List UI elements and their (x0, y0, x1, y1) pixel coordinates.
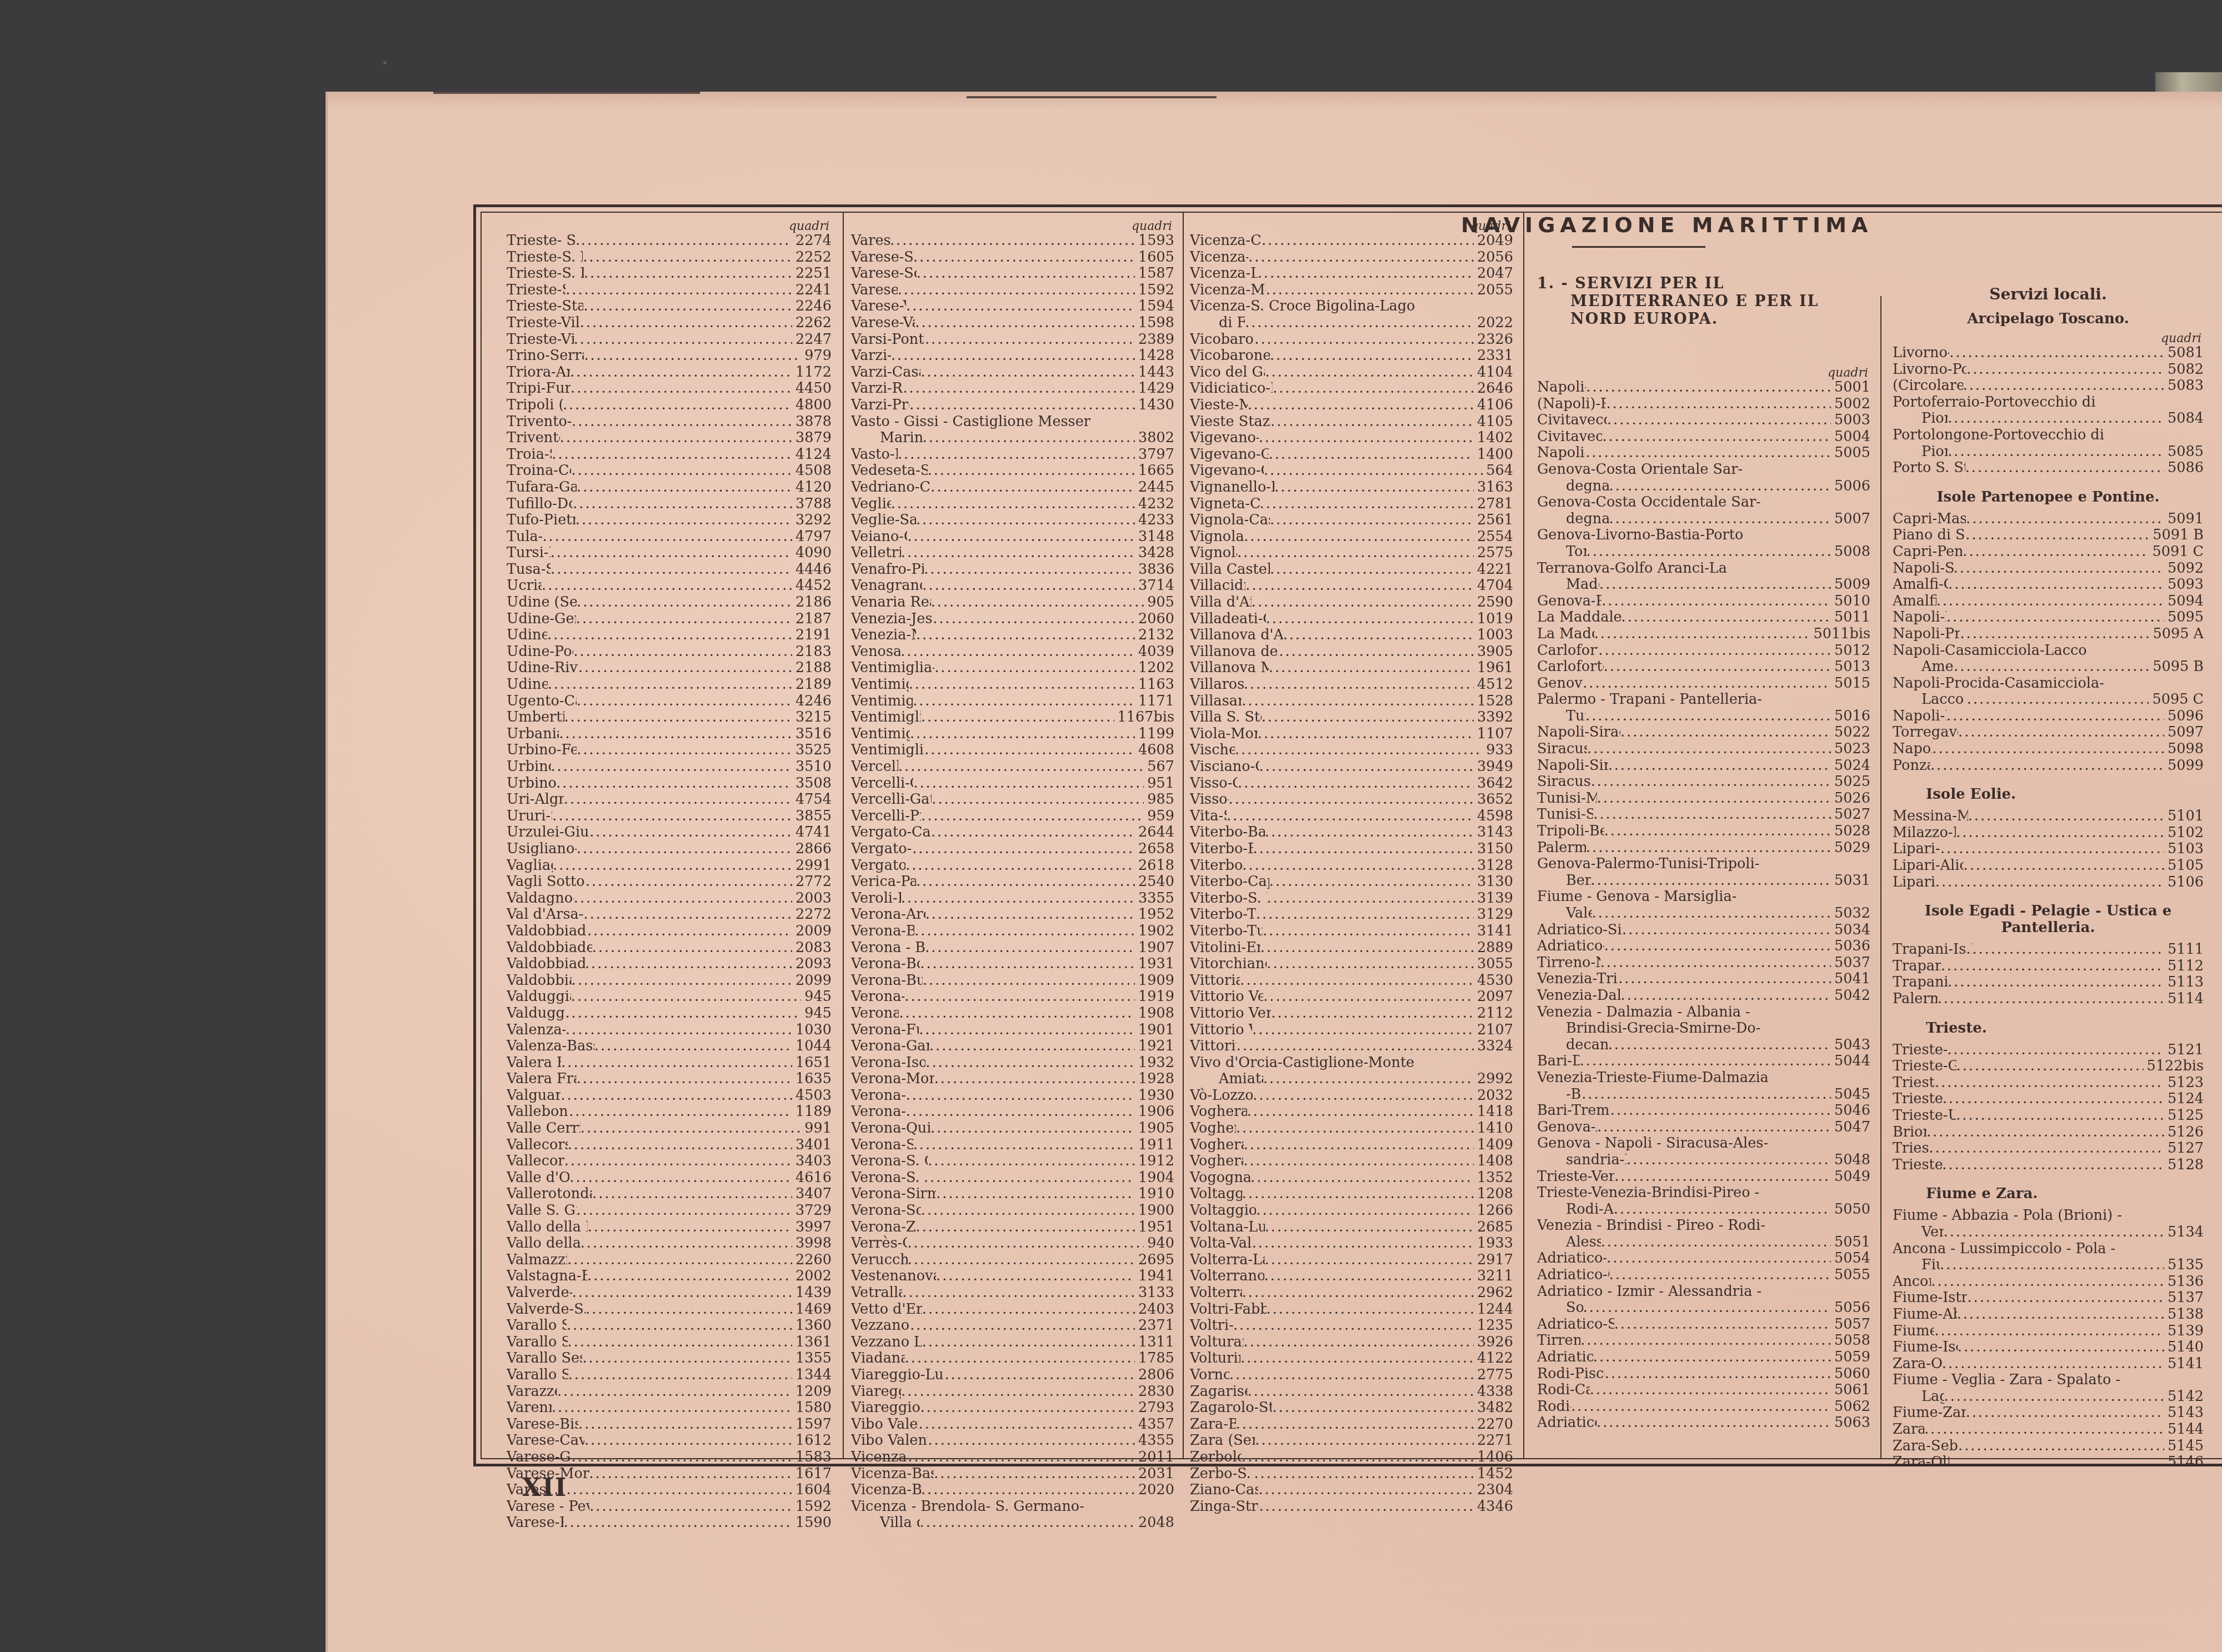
table-number: 4452 (792, 578, 832, 594)
dot-leader (577, 1203, 793, 1219)
list-item: Volterrano-Città di Castello3211 (1190, 1268, 1513, 1285)
table-number: 959 (1144, 808, 1174, 825)
top-rule (967, 96, 1217, 98)
route-name: Vieste Staz.-Peschici-Caianella (1190, 414, 1270, 430)
table-number: 3292 (792, 512, 832, 529)
list-item: Venezia-Mestre-Scorzè2132 (851, 627, 1174, 644)
list-item: Lipari-Stromboli5103 (1893, 841, 2204, 858)
dot-leader (572, 414, 792, 430)
list-item: Fiume-Istria-Trieste-Ravenna5137 (1893, 1290, 2204, 1306)
table-number: 5121 (2164, 1042, 2204, 1059)
route-name: Zara-Pago (1893, 1421, 1924, 1438)
table-number: 1635 (792, 1071, 832, 1088)
route-name: Villacidro-Oristano (1190, 578, 1245, 594)
table-number: 2188 (792, 660, 832, 677)
dot-leader (583, 249, 792, 266)
route-name: Genova-Tunisi (1537, 675, 1583, 692)
dot-leader (1269, 874, 1474, 890)
route-name: Zinga-Strongoli Stazione (1190, 1499, 1259, 1515)
table-number: 2962 (1474, 1285, 1513, 1301)
dot-leader (1583, 1300, 1831, 1316)
dot-leader (1240, 1350, 1474, 1367)
table-number: 4106 (1474, 397, 1513, 414)
dot-leader (1966, 362, 2164, 378)
dot-leader (1609, 1267, 1831, 1284)
list-item: Urbino-Rimini3510 (507, 759, 832, 775)
list-item: Veroli-Frosinone3355 (851, 890, 1174, 907)
table-number: 945 (801, 1005, 832, 1022)
route-name: Trivento-Montefalcone (507, 414, 572, 430)
dot-leader (925, 907, 1135, 923)
table-number: 5034 (1831, 922, 1870, 939)
list-item: Vieste Staz.-Peschici-Caianella4105 (1190, 414, 1513, 430)
route-name: Viareggio-Torre del Lago (851, 1400, 920, 1416)
table-number: 5057 (1831, 1316, 1870, 1333)
table-number: 1163 (1135, 677, 1174, 693)
route-name: Villa del Ferro (851, 1515, 920, 1531)
dot-leader (1245, 315, 1474, 332)
dot-leader (924, 742, 1135, 759)
dot-leader (1614, 1202, 1831, 1218)
table-number: 1428 (1135, 348, 1174, 364)
list-item: Valle Cerrina-Crescentino991 (507, 1120, 832, 1137)
dot-leader (1960, 626, 2149, 643)
page-title: NAVIGAZIONE MARITTIMA (1461, 213, 1873, 237)
dot-leader (1618, 971, 1831, 988)
route-name: Valdobbiadene-Alano-Stazione (507, 923, 587, 940)
table-number: 2247 (792, 332, 832, 348)
table-number: 1909 (1135, 973, 1174, 989)
dot-leader (1940, 1257, 2164, 1274)
dot-leader (1954, 560, 2165, 577)
dot-leader (1586, 840, 1831, 857)
table-number: 5056 (1831, 1300, 1870, 1316)
route-name: Vedriano-Ciano d'Enza-S. Polo (851, 479, 930, 496)
table-number: 2271 (1474, 1433, 1513, 1449)
route-name: Valstagna-Bassano del Grappa (507, 1268, 587, 1285)
dot-leader (571, 463, 792, 479)
route-name: Verona-Montorio-Velo Veronese. (851, 1071, 934, 1088)
list-item: Varzi-Pregola-Brallo1430 (851, 397, 1174, 414)
list-item: Vercelli-Gattinara-Borgosesia985 (851, 792, 1174, 808)
list-item: Fiume-Cherso5139 (1893, 1323, 2204, 1340)
table-number: 2093 (792, 956, 832, 973)
list-item: Vetralla-Stazione3133 (851, 1285, 1174, 1301)
list-item: Zara-Pago5144 (1893, 1421, 2204, 1438)
route-name: Adriatico-Cipro-Palestina (1537, 1267, 1609, 1284)
dot-leader (1958, 1438, 2164, 1455)
table-number: 1919 (1135, 989, 1174, 1005)
route-name: Napoli-Casamicciola-Lacco (1893, 643, 2087, 659)
table-number: 3729 (792, 1203, 832, 1219)
dot-leader (1594, 626, 1810, 643)
table-number: 1355 (792, 1350, 832, 1367)
table-number: 1921 (1135, 1038, 1174, 1055)
route-name: Napoli-Siracusa-Tripoli 5021 e (1537, 724, 1620, 741)
dot-leader (910, 726, 1135, 743)
table-number: 979 (801, 348, 832, 364)
table-number: 2032 (1474, 1088, 1513, 1104)
table-number: 4616 (792, 1170, 832, 1187)
dot-leader (589, 1466, 793, 1483)
route-name: Vallerotonda-S. Elia Fiumerapido (507, 1186, 592, 1203)
dot-leader (919, 1022, 1135, 1039)
route-name: Trieste-Venezia-Brindisi-Pireo - (1537, 1185, 1759, 1202)
list-item: Vigevano-Gravellona-Mortara1400 (1190, 447, 1513, 463)
table-number: 2262 (792, 315, 832, 332)
list-item: Varallo Sesia-Fobello1361 (507, 1334, 832, 1351)
route-name: Valdobbiadene-Montebelluna (507, 956, 585, 973)
list-item: Viterbo-Canepina3128 (1190, 858, 1513, 874)
route-name: Adriatico-Danubio (1537, 1349, 1593, 1366)
list-item: Verona-Povegliano1906 (851, 1104, 1174, 1120)
list-item: Palermo - Trapani - Pantelleria- (1537, 692, 1870, 708)
list-item: Napoli-Ponza5098 (1893, 741, 2204, 758)
dot-leader (1956, 825, 2164, 842)
list-item: Vezzano Ligure-La Spezia1311 (851, 1334, 1174, 1351)
route-name: Vallo della Luc.-Castelnuovo V. (507, 1219, 588, 1236)
list-item: Vicenza-S. Croce Bigolina-Lago (1190, 298, 1513, 315)
dot-leader (901, 545, 1135, 562)
table-number: 3788 (792, 496, 832, 513)
route-name: Trieste- S. Antonio in Selva (507, 233, 581, 249)
list-item: Adriatico-Soria-Alessandria5057 (1537, 1316, 1870, 1333)
dot-leader (1252, 594, 1474, 611)
list-item: Vallo della Luc.-Castelnuovo V.3997 (507, 1219, 832, 1236)
table-number: 2781 (1474, 496, 1513, 513)
route-name: Vò-Lozzo Atesino-Este (1190, 1088, 1253, 1104)
route-name: Voltana-Lugo-S. Bernardino (1190, 1219, 1265, 1236)
table-number: 5114 (2164, 991, 2204, 1008)
route-name: Lagosta (1893, 1389, 1944, 1405)
list-item: Veglie-Lecce4232 (851, 496, 1174, 513)
route-name: Fiume - Abbazia - Pola (Brioni) - (1893, 1208, 2122, 1224)
route-name: Piombino (1893, 411, 1948, 427)
list-item: Vercelli-Cascine Stra951 (851, 775, 1174, 792)
list-item: Trieste-Portorose5124 (1893, 1091, 2204, 1108)
table-number: 5095 B (2149, 659, 2204, 675)
dot-leader (1593, 807, 1831, 823)
route-name: Valguarnera-Enna (507, 1088, 560, 1104)
table-number: 1930 (1135, 1088, 1174, 1104)
dot-leader (1263, 923, 1474, 940)
list-item: Villadeati-Castell'Alfero-Asti1019 (1190, 611, 1513, 628)
table-number: 1580 (792, 1400, 832, 1416)
route-name: Troia-Stazione (507, 447, 552, 463)
dot-leader (891, 496, 1135, 513)
table-number: 1587 (1135, 266, 1174, 282)
dot-leader (916, 1219, 1135, 1236)
table-number: 1592 (792, 1499, 832, 1515)
route-name: Genova-Livorno-Bastia-Porto (1537, 527, 1743, 544)
dot-leader (1267, 1301, 1474, 1318)
list-item: di Fimon2022 (1190, 315, 1513, 332)
route-name: Venezia-Jesolo-S. Donà di Piave (851, 611, 933, 628)
route-name: Valera Fratta-Melegnano (507, 1071, 577, 1088)
route-name: Urbino-Stazione (507, 775, 556, 792)
route-name: Vigevano-Ottobiano-Mede (1190, 463, 1264, 479)
table-number: 2191 (792, 627, 832, 644)
table-number: 3836 (1135, 562, 1174, 578)
table-number: 4090 (792, 545, 832, 562)
route-name: Venezia (1893, 1224, 1944, 1241)
route-name: Tufara-Gambatesa-Motta (507, 479, 577, 496)
dot-leader (1274, 479, 1474, 496)
list-item: Piombino5085 (1893, 444, 2204, 460)
list-item: Varese-Rasa1593 (851, 233, 1174, 249)
table-number: 5127 (2164, 1140, 2204, 1157)
route-name: Ventimiglia-Bordighera-S. Remo (851, 660, 934, 677)
route-name: Napoli-Procida-Casamicciola- (1893, 675, 2104, 692)
list-item: Genova-Costa Occidentale Sar- (1537, 494, 1870, 511)
dot-leader (920, 956, 1135, 973)
table-number: 5015 (1831, 675, 1870, 692)
route-name: Verrès-Champoluc (851, 1235, 907, 1252)
dot-leader (1943, 1091, 2164, 1108)
list-item: Bengasi5031 (1537, 873, 1870, 889)
route-name: Valdobbiadene-CisondiValmarino (507, 940, 592, 957)
list-item: Verica-Pavullo-Modena2540 (851, 874, 1174, 890)
dot-leader (588, 1219, 792, 1236)
table-number: 5142 (2164, 1389, 2204, 1405)
dot-leader (1258, 726, 1474, 743)
dot-leader (1956, 1058, 2144, 1075)
table-number: 4039 (1135, 644, 1174, 660)
dot-leader (592, 940, 792, 957)
list-item: Valduggia-Stazione945 (507, 1005, 832, 1022)
route-name: Vicenza-S. Croce Bigolina-Lago (1190, 298, 1415, 315)
dot-leader (1614, 1169, 1831, 1185)
route-name: Fiume-Cherso (1893, 1323, 1934, 1340)
dot-leader (584, 348, 801, 364)
route-name: Varese-Ponte Tresa (507, 1515, 564, 1531)
table-number: 1311 (1135, 1334, 1174, 1351)
dot-leader (551, 759, 793, 775)
table-number: 2830 (1135, 1384, 1174, 1400)
dot-leader (1265, 364, 1474, 381)
list-item: Torres5008 (1537, 544, 1870, 560)
table-number: 5126 (2164, 1124, 2204, 1141)
dot-leader (1267, 890, 1474, 907)
group-heading: Fiume e Zara. (1893, 1185, 2204, 1202)
table-number: 2099 (792, 973, 832, 989)
table-number: 3130 (1474, 874, 1513, 890)
list-item: Viola-Mombasiglio-Ceva1107 (1190, 726, 1513, 743)
dot-leader (1237, 1038, 1474, 1055)
table-number: 4120 (792, 479, 832, 496)
table-number: 1344 (792, 1367, 832, 1384)
table-number: 3926 (1474, 1334, 1513, 1351)
route-name: Vezzano Ligure-La Spezia (851, 1334, 922, 1351)
dot-leader (1585, 708, 1831, 725)
list-item: Zara (Servizio Urbano)2271 (1190, 1433, 1513, 1449)
list-item: Napoli-Sorrento-Capri5092 (1893, 560, 2204, 577)
dot-leader (925, 1055, 1135, 1072)
table-number: 1528 (1474, 693, 1513, 710)
list-item: Verona-Sorgà-Bonferraro1900 (851, 1203, 1174, 1219)
list-item: Varsi-Ponte Fornovo-Parma2389 (851, 332, 1174, 348)
table-number: 5062 (1831, 1399, 1870, 1415)
table-number: 5095 C (2149, 692, 2204, 708)
dot-leader (934, 660, 1135, 677)
route-name: Volterrano-Città di Castello (1190, 1268, 1264, 1285)
route-name: Varese-Sesto Calende (851, 249, 913, 266)
printed-page: quadri Trieste- S. Antonio in Selva2274T… (328, 92, 2222, 1652)
dot-leader (1965, 460, 2164, 477)
route-name: Rodi-Caso (1537, 1399, 1571, 1415)
dot-leader (577, 841, 792, 858)
route-name: Visso-Camerino (1190, 775, 1238, 792)
route-name: Varese-Rasa (851, 233, 890, 249)
dot-leader (578, 660, 792, 677)
list-item: Vasto - Gissi - Castiglione Messer (851, 414, 1174, 430)
list-item: Voltaggio-Busalla1208 (1190, 1186, 1513, 1203)
route-name: Vigneta-Casola-Fivizzano (1190, 496, 1260, 513)
dot-leader (585, 956, 792, 973)
dot-leader (1620, 724, 1831, 741)
list-item: Portoferraio-Portovecchio di (1893, 394, 2204, 411)
dot-leader (1949, 345, 2164, 362)
route-name: Tripoli-Bengasi-Tobruk (1537, 823, 1604, 840)
dot-leader (552, 1400, 792, 1416)
list-item: Venagrande-Ascoli Piceno3714 (851, 578, 1174, 594)
route-name: Varallo Sesia-Fobello (507, 1334, 568, 1351)
dot-leader (1580, 1333, 1831, 1349)
route-name: Venagrande-Ascoli Piceno (851, 578, 922, 594)
dot-leader (574, 890, 792, 907)
table-number: 3150 (1474, 841, 1513, 858)
dot-leader (923, 973, 1135, 989)
route-name: Torregaveta-Ischia-Forio (1893, 724, 1958, 741)
dot-leader (921, 1203, 1135, 1219)
list-item: Urzulei-Giustizieri (Cantoniera)4741 (507, 824, 832, 841)
dot-leader (1608, 1037, 1831, 1054)
dot-leader (594, 1038, 792, 1055)
list-item: Venaria Reale-Cafasse-Lanzo905 (851, 594, 1174, 611)
dot-leader (1590, 1382, 1831, 1399)
list-item: Carloforte-Calasetta5012 (1537, 643, 1870, 659)
route-name: Verona-Casaleone (851, 989, 904, 1005)
route-name: Urbino-Fermignano-Fano (507, 742, 577, 759)
table-number: 1406 (1474, 1449, 1513, 1466)
dot-leader (1270, 512, 1474, 529)
route-name: Marino-Agnone (851, 430, 923, 447)
route-name: Viterbo-Canepina (1190, 858, 1242, 874)
dot-leader (572, 1449, 793, 1466)
list-item: Vagliagli-Siena2991 (507, 858, 832, 874)
route-name: Varallo Sesia-Rimella (507, 1367, 568, 1384)
route-name: Voltaggio-Busalla (1190, 1186, 1242, 1203)
list-item: Ventimiglia Sicula-Palermo4608 (851, 742, 1174, 759)
route-name: Venafro-Piedimonte d'Alife (851, 562, 924, 578)
route-name: Vicenza - Brendola- S. Germano- (851, 1499, 1084, 1515)
dot-leader (933, 611, 1135, 628)
list-item: Fiume-Isole del Carnaro5140 (1893, 1339, 2204, 1356)
route-name: Genova-Costa Occidentale Sar- (1537, 494, 1761, 511)
list-item: Udine-Pocenia-Latisana2183 (507, 644, 832, 660)
list-item: Tusa-Stazione4446 (507, 562, 832, 578)
table-number: 1593 (1135, 233, 1174, 249)
dot-leader (1273, 381, 1474, 397)
list-item: Umbertide-Cortona3215 (507, 709, 832, 726)
route-name: Ancona-Zara (1893, 1274, 1931, 1290)
dot-leader (1944, 1389, 2164, 1405)
route-name: Rodi-Piscopi-Stampalia (1537, 1366, 1605, 1383)
dot-leader (1949, 1454, 2164, 1471)
table-number: 4338 (1474, 1384, 1513, 1400)
dot-leader (1586, 379, 1831, 396)
route-name: Carloforte-Calasetta (1537, 643, 1598, 659)
dot-leader (551, 545, 792, 562)
table-number: 5054 (1831, 1250, 1870, 1267)
table-number: 2132 (1135, 627, 1174, 644)
table-number: 1235 (1474, 1318, 1513, 1334)
dot-leader (908, 1252, 1135, 1269)
route-name: Trino-Serralunga-Moncalvo (507, 348, 584, 364)
list-item: Trieste-Stadio Littorio-Zaule2246 (507, 298, 832, 315)
dot-leader (1948, 974, 2164, 991)
route-name: Verona-Garda-Riva .... 1920 e (851, 1038, 929, 1055)
list-item: Adriatico-Mar Nero5063 (1537, 1415, 1870, 1431)
route-name: Tirreno-Soria (1537, 1333, 1580, 1349)
list-item: Varese-Valle Olona1594 (851, 298, 1174, 315)
list-item: Genova-Livorno-Bastia-Porto (1537, 527, 1870, 544)
table-number: 5006 (1831, 478, 1870, 495)
route-name: Urzulei-Giustizieri (Cantoniera) (507, 824, 589, 841)
route-name: Varzi-Casanova di Destra (851, 364, 920, 381)
list-item: Varese-Bisuschio-Rossaga1597 (507, 1416, 832, 1433)
dot-leader (1270, 414, 1474, 430)
list-item: Tirreno-Nord Europa5037 (1537, 955, 1870, 972)
list-item: Valdobbiadene-Montebelluna2093 (507, 956, 832, 973)
table-number: 2644 (1135, 824, 1174, 841)
list-item: Vicenza - Brendola- S. Germano- (851, 1499, 1174, 1515)
list-item: Vercelli-Casale567 (851, 759, 1174, 775)
table-number: 2695 (1135, 1252, 1174, 1269)
list-item: Villarosa-Stazione4512 (1190, 677, 1513, 693)
list-item: Piano di Sorrento-Meta-Napoli5091 B (1893, 527, 2204, 544)
table-number: 564 (1483, 463, 1513, 479)
route-name: Volta-Valeggio-Verona (1190, 1235, 1252, 1252)
dot-leader (913, 249, 1135, 266)
route-name: Livorno-Portoferraio-Pianosa (1893, 362, 1966, 378)
route-name: Verona-Erbezzo (851, 1005, 899, 1022)
route-name: Viterbo-Tuscania-Montalto (1190, 923, 1263, 940)
table-number: 5042 (1831, 988, 1870, 1004)
route-name: Alessandria (1537, 1234, 1601, 1251)
local-services-heading: Servizi locali. (1893, 286, 2204, 303)
route-name: Viterbo-S. Martino al Cimino (1190, 890, 1267, 907)
dot-leader (564, 709, 793, 726)
table-number: 2246 (792, 298, 832, 315)
dot-leader (913, 775, 1144, 792)
route-name: Verona-S. Massimo-Chievo (851, 1170, 924, 1187)
list-item: Vicenza-Lonigo-Sossano2047 (1190, 266, 1513, 282)
route-name: Ameno-Forio (1893, 659, 1954, 675)
dot-leader (1266, 282, 1474, 299)
dot-leader (1259, 430, 1474, 447)
table-number: 5145 (2164, 1438, 2204, 1455)
table-number: 5135 (2164, 1257, 2204, 1274)
group-heading: Arcipelago Toscano. (1893, 311, 2204, 327)
table-number: 3163 (1474, 479, 1513, 496)
route-name: Porto S. Stefano-Isola Giglio (1893, 460, 1965, 477)
table-number: 5105 (2164, 858, 2204, 874)
route-name: Valduggia-Stazione (507, 1005, 565, 1022)
table-number: 2889 (1474, 940, 1513, 957)
dust-speck (383, 61, 387, 64)
table-number: 1360 (792, 1318, 832, 1334)
